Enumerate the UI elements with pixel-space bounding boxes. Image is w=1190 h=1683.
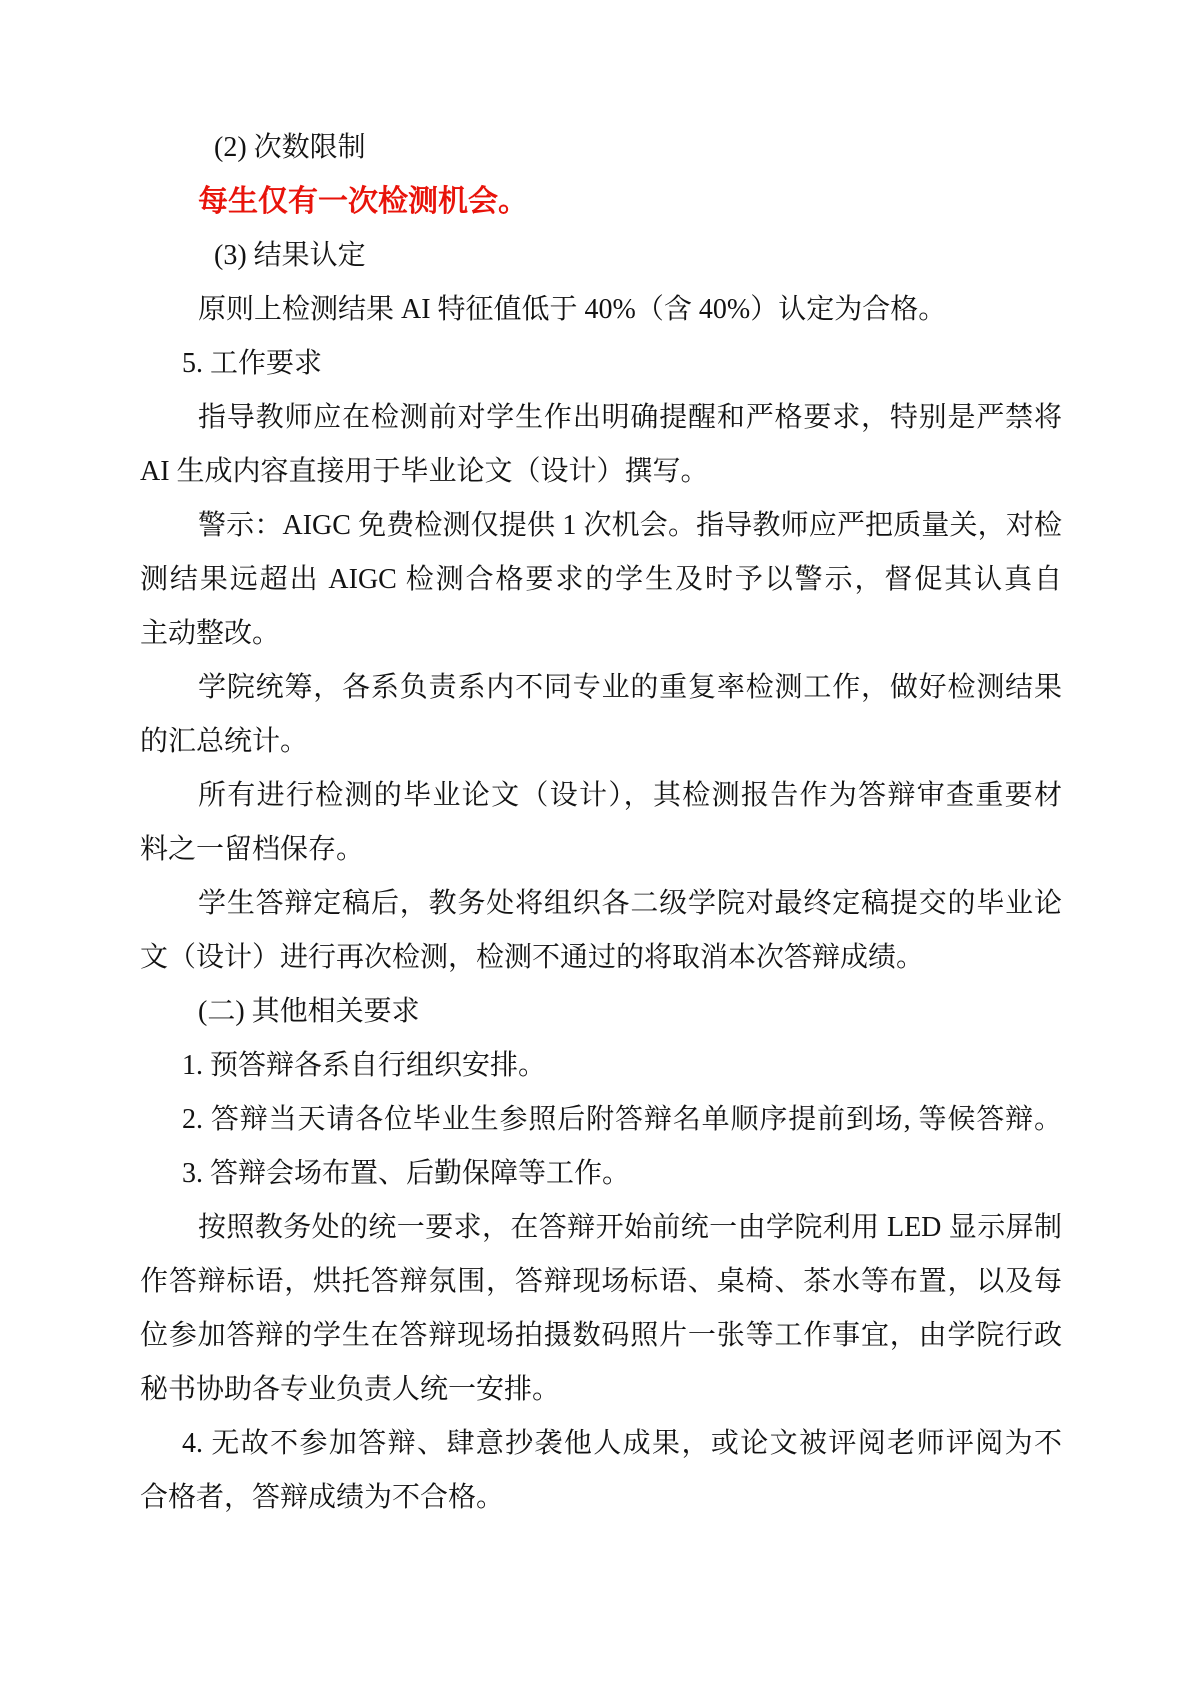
document-line: 秘书协助各专业负责人统一安排。 [140,1363,1062,1417]
document-line: 主动整改。 [140,607,1062,661]
document-line: 测结果远超出 AIGC 检测合格要求的学生及时予以警示，督促其认真自查、 [140,553,1062,607]
document-line: 的汇总统计。 [140,715,1062,769]
document-line: 4. 无故不参加答辩、肆意抄袭他人成果，或论文被评阅老师评阅为不 [140,1417,1062,1471]
document-line: 学院统筹，各系负责系内不同专业的重复率检测工作，做好检测结果 [140,661,1062,715]
document-line: 每生仅有一次检测机会。 [140,175,1062,229]
document-line: 2. 答辩当天请各位毕业生参照后附答辩名单顺序提前到场, 等候答辩。 [140,1093,1062,1147]
document-line: 5. 工作要求 [140,337,1062,391]
document-line: 位参加答辩的学生在答辩现场拍摄数码照片一张等工作事宜，由学院行政 [140,1309,1062,1363]
document-line: (2) 次数限制 [140,121,1062,175]
document-line: 作答辩标语，烘托答辩氛围，答辩现场标语、桌椅、茶水等布置，以及每 [140,1255,1062,1309]
document-line: AI 生成内容直接用于毕业论文（设计）撰写。 [140,445,1062,499]
document-line: 料之一留档保存。 [140,823,1062,877]
document-line: (二) 其他相关要求 [140,985,1062,1039]
document-line: 所有进行检测的毕业论文（设计），其检测报告作为答辩审查重要材 [140,769,1062,823]
document-content: (2) 次数限制每生仅有一次检测机会。(3) 结果认定原则上检测结果 AI 特征… [140,121,1062,1525]
document-line: 指导教师应在检测前对学生作出明确提醒和严格要求，特别是严禁将 [140,391,1062,445]
document-line: 3. 答辩会场布置、后勤保障等工作。 [140,1147,1062,1201]
document-line: 警示：AIGC 免费检测仅提供 1 次机会。指导教师应严把质量关，对检 [140,499,1062,553]
document-line: 文（设计）进行再次检测，检测不通过的将取消本次答辩成绩。 [140,931,1062,985]
document-line: (3) 结果认定 [140,229,1062,283]
document-line: 1. 预答辩各系自行组织安排。 [140,1039,1062,1093]
document-line: 合格者，答辩成绩为不合格。 [140,1471,1062,1525]
document-line: 学生答辩定稿后，教务处将组织各二级学院对最终定稿提交的毕业论 [140,877,1062,931]
document-line: 按照教务处的统一要求，在答辩开始前统一由学院利用 LED 显示屏制 [140,1201,1062,1255]
document-line: 原则上检测结果 AI 特征值低于 40%（含 40%）认定为合格。 [140,283,1062,337]
document-page: (2) 次数限制每生仅有一次检测机会。(3) 结果认定原则上检测结果 AI 特征… [0,0,1190,1683]
